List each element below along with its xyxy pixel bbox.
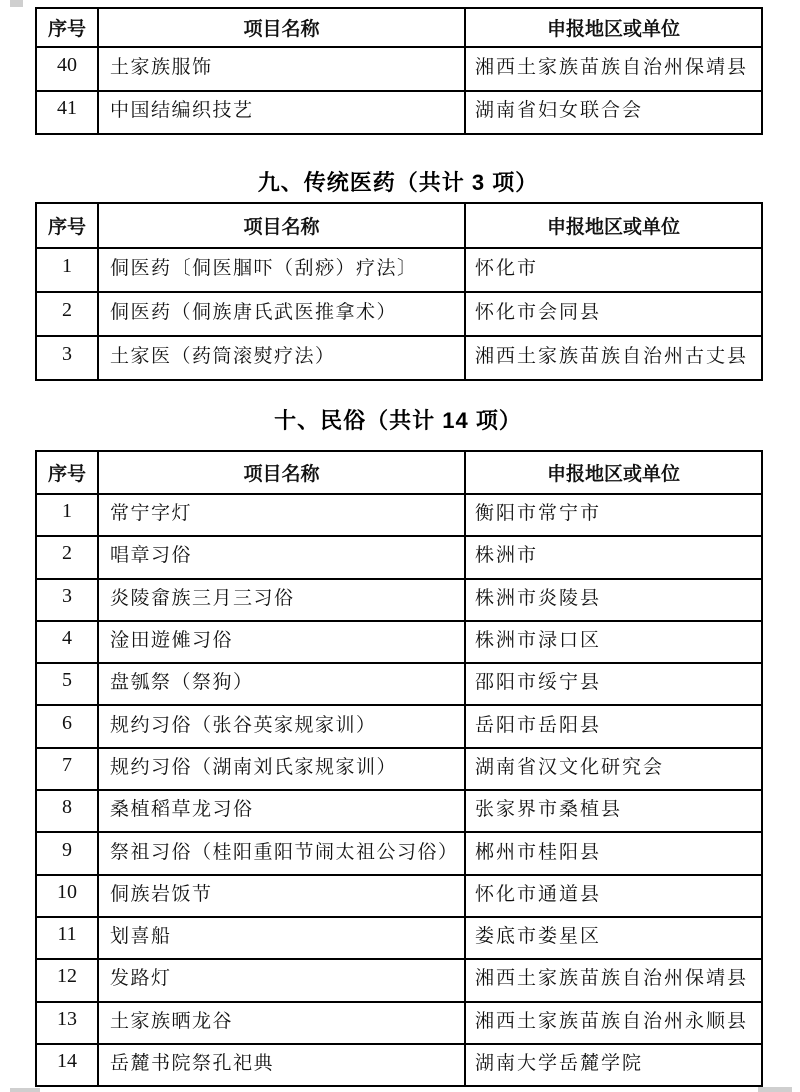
- row-index: 1: [36, 494, 98, 536]
- applicant-region: 怀化市: [465, 248, 762, 292]
- table-row: 40 土家族服饰 湘西土家族苗族自治州保靖县: [36, 47, 762, 91]
- applicant-region: 娄底市娄星区: [465, 917, 762, 959]
- row-index: 10: [36, 875, 98, 917]
- column-header-region: 申报地区或单位: [465, 8, 762, 47]
- row-index: 40: [36, 47, 98, 91]
- column-header-project-name: 项目名称: [98, 8, 465, 47]
- row-index: 11: [36, 917, 98, 959]
- applicant-region: 岳阳市岳阳县: [465, 705, 762, 747]
- project-name: 岳麓书院祭孔祀典: [98, 1044, 465, 1086]
- section-title-traditional-medicine: 九、传统医药（共计 3 项）: [35, 170, 761, 196]
- applicant-region: 郴州市桂阳县: [465, 832, 762, 874]
- applicant-region: 湘西土家族苗族自治州保靖县: [465, 959, 762, 1001]
- project-name: 淦田遊傩习俗: [98, 621, 465, 663]
- applicant-region: 怀化市会同县: [465, 292, 762, 336]
- project-name: 规约习俗（张谷英家规家训）: [98, 705, 465, 747]
- project-name: 土家族服饰: [98, 47, 465, 91]
- table-row: 4 淦田遊傩习俗 株洲市渌口区: [36, 621, 762, 663]
- column-header-project-name: 项目名称: [98, 451, 465, 494]
- project-name: 侗医药（侗族唐氏武医推拿术）: [98, 292, 465, 336]
- row-index: 4: [36, 621, 98, 663]
- applicant-region: 怀化市通道县: [465, 875, 762, 917]
- applicant-region: 湘西土家族苗族自治州保靖县: [465, 47, 762, 91]
- column-header-index: 序号: [36, 203, 98, 248]
- page-edge-artifact-bottom-left: [10, 1088, 40, 1092]
- row-index: 3: [36, 579, 98, 621]
- table-row: 2 唱章习俗 株洲市: [36, 536, 762, 578]
- project-name: 常宁字灯: [98, 494, 465, 536]
- table-traditional-medicine: 序号 项目名称 申报地区或单位 1 侗医药〔侗医腘吓（刮痧）疗法〕 怀化市 2 …: [35, 202, 763, 381]
- applicant-region: 株洲市渌口区: [465, 621, 762, 663]
- applicant-region: 湘西土家族苗族自治州古丈县: [465, 336, 762, 380]
- table-row: 6 规约习俗（张谷英家规家训） 岳阳市岳阳县: [36, 705, 762, 747]
- table-row: 41 中国结编织技艺 湖南省妇女联合会: [36, 91, 762, 135]
- table-continued: 序号 项目名称 申报地区或单位 40 土家族服饰 湘西土家族苗族自治州保靖县 4…: [35, 7, 763, 135]
- project-name: 炎陵畲族三月三习俗: [98, 579, 465, 621]
- column-header-index: 序号: [36, 451, 98, 494]
- row-index: 9: [36, 832, 98, 874]
- project-name: 侗医药〔侗医腘吓（刮痧）疗法〕: [98, 248, 465, 292]
- row-index: 12: [36, 959, 98, 1001]
- table-row: 10 侗族岩饭节 怀化市通道县: [36, 875, 762, 917]
- project-name: 发路灯: [98, 959, 465, 1001]
- table-row: 2 侗医药（侗族唐氏武医推拿术） 怀化市会同县: [36, 292, 762, 336]
- project-name: 中国结编织技艺: [98, 91, 465, 135]
- project-name: 划喜船: [98, 917, 465, 959]
- table-header-row: 序号 项目名称 申报地区或单位: [36, 451, 762, 494]
- row-index: 1: [36, 248, 98, 292]
- applicant-region: 张家界市桑植县: [465, 790, 762, 832]
- project-name: 盘瓠祭（祭狗）: [98, 663, 465, 705]
- table-header-row: 序号 项目名称 申报地区或单位: [36, 8, 762, 47]
- row-index: 2: [36, 536, 98, 578]
- table-header-row: 序号 项目名称 申报地区或单位: [36, 203, 762, 248]
- applicant-region: 湖南大学岳麓学院: [465, 1044, 762, 1086]
- row-index: 3: [36, 336, 98, 380]
- applicant-region: 邵阳市绥宁县: [465, 663, 762, 705]
- table-row: 1 侗医药〔侗医腘吓（刮痧）疗法〕 怀化市: [36, 248, 762, 292]
- document-page: 序号 项目名称 申报地区或单位 40 土家族服饰 湘西土家族苗族自治州保靖县 4…: [0, 0, 800, 1092]
- table-row: 5 盘瓠祭（祭狗） 邵阳市绥宁县: [36, 663, 762, 705]
- row-index: 14: [36, 1044, 98, 1086]
- row-index: 6: [36, 705, 98, 747]
- applicant-region: 湘西土家族苗族自治州永顺县: [465, 1002, 762, 1044]
- row-index: 7: [36, 748, 98, 790]
- applicant-region: 湖南省妇女联合会: [465, 91, 762, 135]
- project-name: 祭祖习俗（桂阳重阳节闹太祖公习俗）: [98, 832, 465, 874]
- project-name: 唱章习俗: [98, 536, 465, 578]
- table-row: 3 炎陵畲族三月三习俗 株洲市炎陵县: [36, 579, 762, 621]
- applicant-region: 衡阳市常宁市: [465, 494, 762, 536]
- column-header-region: 申报地区或单位: [465, 203, 762, 248]
- applicant-region: 湖南省汉文化研究会: [465, 748, 762, 790]
- table-folk-customs: 序号 项目名称 申报地区或单位 1 常宁字灯 衡阳市常宁市 2 唱章习俗 株洲市…: [35, 450, 763, 1087]
- page-edge-artifact-top-left: [10, 0, 23, 7]
- applicant-region: 株洲市炎陵县: [465, 579, 762, 621]
- row-index: 5: [36, 663, 98, 705]
- row-index: 2: [36, 292, 98, 336]
- table-row: 9 祭祖习俗（桂阳重阳节闹太祖公习俗） 郴州市桂阳县: [36, 832, 762, 874]
- table-row: 13 土家族晒龙谷 湘西土家族苗族自治州永顺县: [36, 1002, 762, 1044]
- table-row: 7 规约习俗（湖南刘氏家规家训） 湖南省汉文化研究会: [36, 748, 762, 790]
- row-index: 13: [36, 1002, 98, 1044]
- project-name: 桑植稻草龙习俗: [98, 790, 465, 832]
- project-name: 侗族岩饭节: [98, 875, 465, 917]
- row-index: 41: [36, 91, 98, 135]
- table-row: 8 桑植稻草龙习俗 张家界市桑植县: [36, 790, 762, 832]
- page-edge-artifact-bottom-right: [758, 1087, 792, 1092]
- row-index: 8: [36, 790, 98, 832]
- table-row: 3 土家医（药筒滚熨疗法） 湘西土家族苗族自治州古丈县: [36, 336, 762, 380]
- table-row: 12 发路灯 湘西土家族苗族自治州保靖县: [36, 959, 762, 1001]
- project-name: 土家医（药筒滚熨疗法）: [98, 336, 465, 380]
- project-name: 规约习俗（湖南刘氏家规家训）: [98, 748, 465, 790]
- table-row: 14 岳麓书院祭孔祀典 湖南大学岳麓学院: [36, 1044, 762, 1086]
- applicant-region: 株洲市: [465, 536, 762, 578]
- column-header-index: 序号: [36, 8, 98, 47]
- column-header-region: 申报地区或单位: [465, 451, 762, 494]
- table-row: 1 常宁字灯 衡阳市常宁市: [36, 494, 762, 536]
- table-row: 11 划喜船 娄底市娄星区: [36, 917, 762, 959]
- project-name: 土家族晒龙谷: [98, 1002, 465, 1044]
- section-title-folk-customs: 十、民俗（共计 14 项）: [35, 408, 761, 434]
- column-header-project-name: 项目名称: [98, 203, 465, 248]
